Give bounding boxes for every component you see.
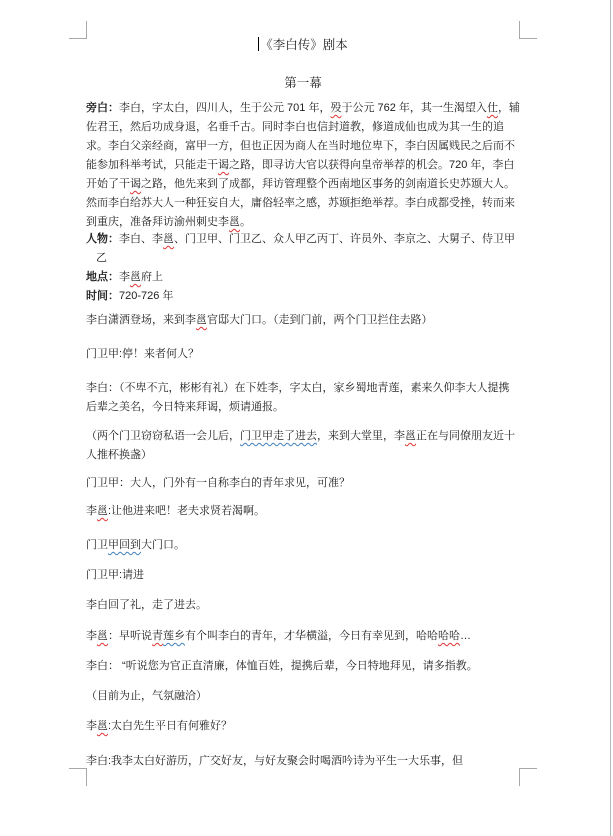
text-run: 邕 bbox=[97, 630, 108, 642]
text-run: 李白回了礼，走了进去。 bbox=[86, 599, 207, 611]
text-run: 后辈之美名，今日特来拜谒，烦请通报。 bbox=[86, 401, 284, 413]
narrator-paragraph: 旁白：李白，字太白，四川人，生于公元 701 年，殁于公元 762 年，其一生渴… bbox=[86, 99, 556, 232]
document-page[interactable]: 《李白传》剧本第一幕旁白：李白，字太白，四川人，生于公元 701 年，殁于公元 … bbox=[0, 0, 613, 836]
dialogue-line: 李白:我李太白好游历，广交好友，与好友聚会时喝酒吟诗为平生一大乐事，但 bbox=[86, 752, 556, 771]
text-boundary-mark-top-right bbox=[519, 21, 537, 39]
act-heading: 第一幕 bbox=[86, 74, 520, 93]
text-run: 然而李白给苏大人一种狂妄自大，庸俗轻率之感，苏颋拒绝举荐。李白成都受挫，转而来 bbox=[86, 197, 515, 209]
text-run: 邕 bbox=[97, 505, 108, 517]
text-run: 仕 bbox=[487, 102, 498, 114]
text-run: :让他进来吧！老夫求贤若渴啊。 bbox=[108, 505, 265, 517]
text-run: 之路，他先来到了成都，拜访管理整个西南地区事务的剑南道长史苏颋大人。 bbox=[141, 178, 515, 190]
text-run: （目前为止，气氛融洽） bbox=[86, 690, 207, 702]
text-run: 李白：（不卑不亢，彬彬有礼）在下姓李，字太白，家乡蜀地青莲，素来久仰李大人提携 bbox=[86, 382, 510, 394]
text-run: 人推杯换盏） bbox=[86, 449, 152, 461]
characters-line: 人物：李白、李邕、门卫甲、门卫乙、众人甲乙丙丁、许员外、李京之、大舅子、侍卫甲乙 bbox=[86, 230, 556, 268]
text-run: 李 bbox=[86, 630, 97, 642]
text-run: 旁白： bbox=[86, 102, 119, 114]
text-run: 乙 bbox=[86, 252, 107, 264]
stage-direction: 门卫甲回到大门口。 bbox=[86, 536, 556, 555]
text-run: 。 bbox=[240, 216, 251, 228]
dialogue-line: 李邕:让他进来吧！老夫求贤若渴啊。 bbox=[86, 502, 556, 521]
text-run: 门卫甲：大人，门外有一自称李白的青年求见，可准？ bbox=[86, 477, 350, 489]
text-run: 大门口。 bbox=[141, 539, 185, 551]
text-run: 门卫甲:请进 bbox=[86, 569, 144, 581]
text-run: 人物： bbox=[86, 233, 119, 245]
text-run: 莲乡 bbox=[163, 630, 185, 642]
text-run: 第一幕 bbox=[284, 76, 322, 90]
text-run: 李白： “听说您为官正直清廉，体恤百姓，提携后辈，今日特地拜见，请多指教。 bbox=[86, 660, 478, 672]
text-run: ，辅 bbox=[498, 102, 520, 114]
text-run: 、门卫甲、门卫乙、众人甲乙丙丁、许员外、李京之、大舅子、侍卫甲 bbox=[174, 233, 515, 245]
text-run: 殁 bbox=[330, 102, 341, 114]
text-run: 门卫甲走了进去 bbox=[240, 430, 317, 442]
text-run: 李白、李 bbox=[119, 233, 163, 245]
stage-direction: 李白回了礼，走了进去。 bbox=[86, 596, 556, 615]
dialogue-line: 门卫甲：大人，门外有一自称李白的青年求见，可准？ bbox=[86, 474, 556, 493]
text-run: 邕 bbox=[163, 233, 174, 245]
text-run: 正在与同僚朋友近十 bbox=[416, 430, 515, 442]
text-run: 邕 bbox=[405, 430, 416, 442]
text-run: 于公元 762 年，其一生渴望入 bbox=[341, 102, 486, 114]
document-title: 《李白传》剧本 bbox=[86, 36, 520, 55]
text-run: … bbox=[460, 630, 471, 642]
text-run: 李白，字太白，四川人，生于公元 701 年， bbox=[119, 102, 330, 114]
text-run: 地点： bbox=[86, 271, 119, 283]
dialogue-line: 李邕：早听说青莲乡有个叫李白的青年，才华横溢，今日有幸见到，哈哈哈哈… bbox=[86, 627, 556, 646]
text-run: 到重庆，准备拜访渝州刺史李 bbox=[86, 216, 229, 228]
text-run: ：早听说 bbox=[108, 630, 152, 642]
text-run: 哈哈 bbox=[438, 630, 460, 642]
text-run: 能参加科举考试，只能走干 bbox=[86, 159, 218, 171]
text-run: 求。李白父亲经商，富甲一方，但也正因为商人在当时地位卑下，李白因属贱民之后而不 bbox=[86, 140, 515, 152]
text-run: 官邸大门口。（走到门前，两个门卫拦住去路） bbox=[207, 314, 433, 326]
location-line: 地点：李邕府上 bbox=[86, 268, 556, 287]
text-run: 府上 bbox=[141, 271, 163, 283]
text-boundary-mark-top-left bbox=[69, 21, 87, 39]
text-run: 邕 bbox=[229, 216, 240, 228]
text-run: （两个门卫窃窃私语一会儿后， bbox=[86, 430, 240, 442]
text-run: 邕 bbox=[130, 271, 141, 283]
text-run: :太白先生平日有何雅好？ bbox=[108, 720, 232, 732]
text-run: ，来到大堂里，李 bbox=[317, 430, 405, 442]
text-boundary-mark-bottom-left bbox=[69, 768, 87, 786]
text-run: 李 bbox=[86, 505, 97, 517]
text-run: 甲回到 bbox=[108, 539, 141, 551]
text-run: 邕 bbox=[97, 720, 108, 732]
stage-direction: （目前为止，气氛融洽） bbox=[86, 687, 556, 706]
time-line: 时间：720-726 年 bbox=[86, 287, 556, 306]
text-run: 邕 bbox=[196, 314, 207, 326]
text-run: 李 bbox=[86, 720, 97, 732]
text-run: 李 bbox=[119, 271, 130, 283]
dialogue-line: 门卫甲:停！来者何人？ bbox=[86, 345, 556, 364]
text-run: 之路，即寻访大官以获得向皇帝举荐的机会。720 年，李白 bbox=[229, 159, 514, 171]
text-run: 《李白传》剧本 bbox=[260, 38, 348, 52]
text-run: 720-726 年 bbox=[119, 290, 173, 302]
dialogue-line: 门卫甲:请进 bbox=[86, 566, 556, 585]
text-run: 李白潇洒登场，来到李 bbox=[86, 314, 196, 326]
text-run: 李白:我李太白好游历，广交好友，与好友聚会时喝酒吟诗为平生一大乐事，但 bbox=[86, 755, 463, 767]
page-edge-line bbox=[610, 0, 611, 836]
text-run: 有个叫李白的青年，才华横溢，今日有幸见到，哈哈 bbox=[185, 630, 438, 642]
dialogue-line: 李邕:太白先生平日有何雅好？ bbox=[86, 717, 556, 736]
text-run: 门卫甲:停！来者何人？ bbox=[86, 348, 199, 360]
text-run: 佐君王，然后功成身退，名垂千古。同时李白也信封道教，修道成仙也成为其一生的追 bbox=[86, 121, 504, 133]
stage-direction: （两个门卫窃窃私语一会儿后，门卫甲走了进去，来到大堂里，李邕正在与同僚朋友近十人… bbox=[86, 427, 556, 465]
text-run: 时间： bbox=[86, 290, 119, 302]
text-run: 谒 bbox=[130, 178, 141, 190]
text-run: 门卫 bbox=[86, 539, 108, 551]
text-run: 开始了干 bbox=[86, 178, 130, 190]
text-run: 青 bbox=[152, 630, 163, 642]
dialogue-line: 李白： “听说您为官正直清廉，体恤百姓，提携后辈，今日特地拜见，请多指教。 bbox=[86, 657, 556, 676]
dialogue-line: 李白：（不卑不亢，彬彬有礼）在下姓李，字太白，家乡蜀地青莲，素来久仰李大人提携后… bbox=[86, 379, 556, 417]
text-run: 谒 bbox=[218, 159, 229, 171]
stage-direction: 李白潇洒登场，来到李邕官邸大门口。（走到门前，两个门卫拦住去路） bbox=[86, 311, 556, 330]
